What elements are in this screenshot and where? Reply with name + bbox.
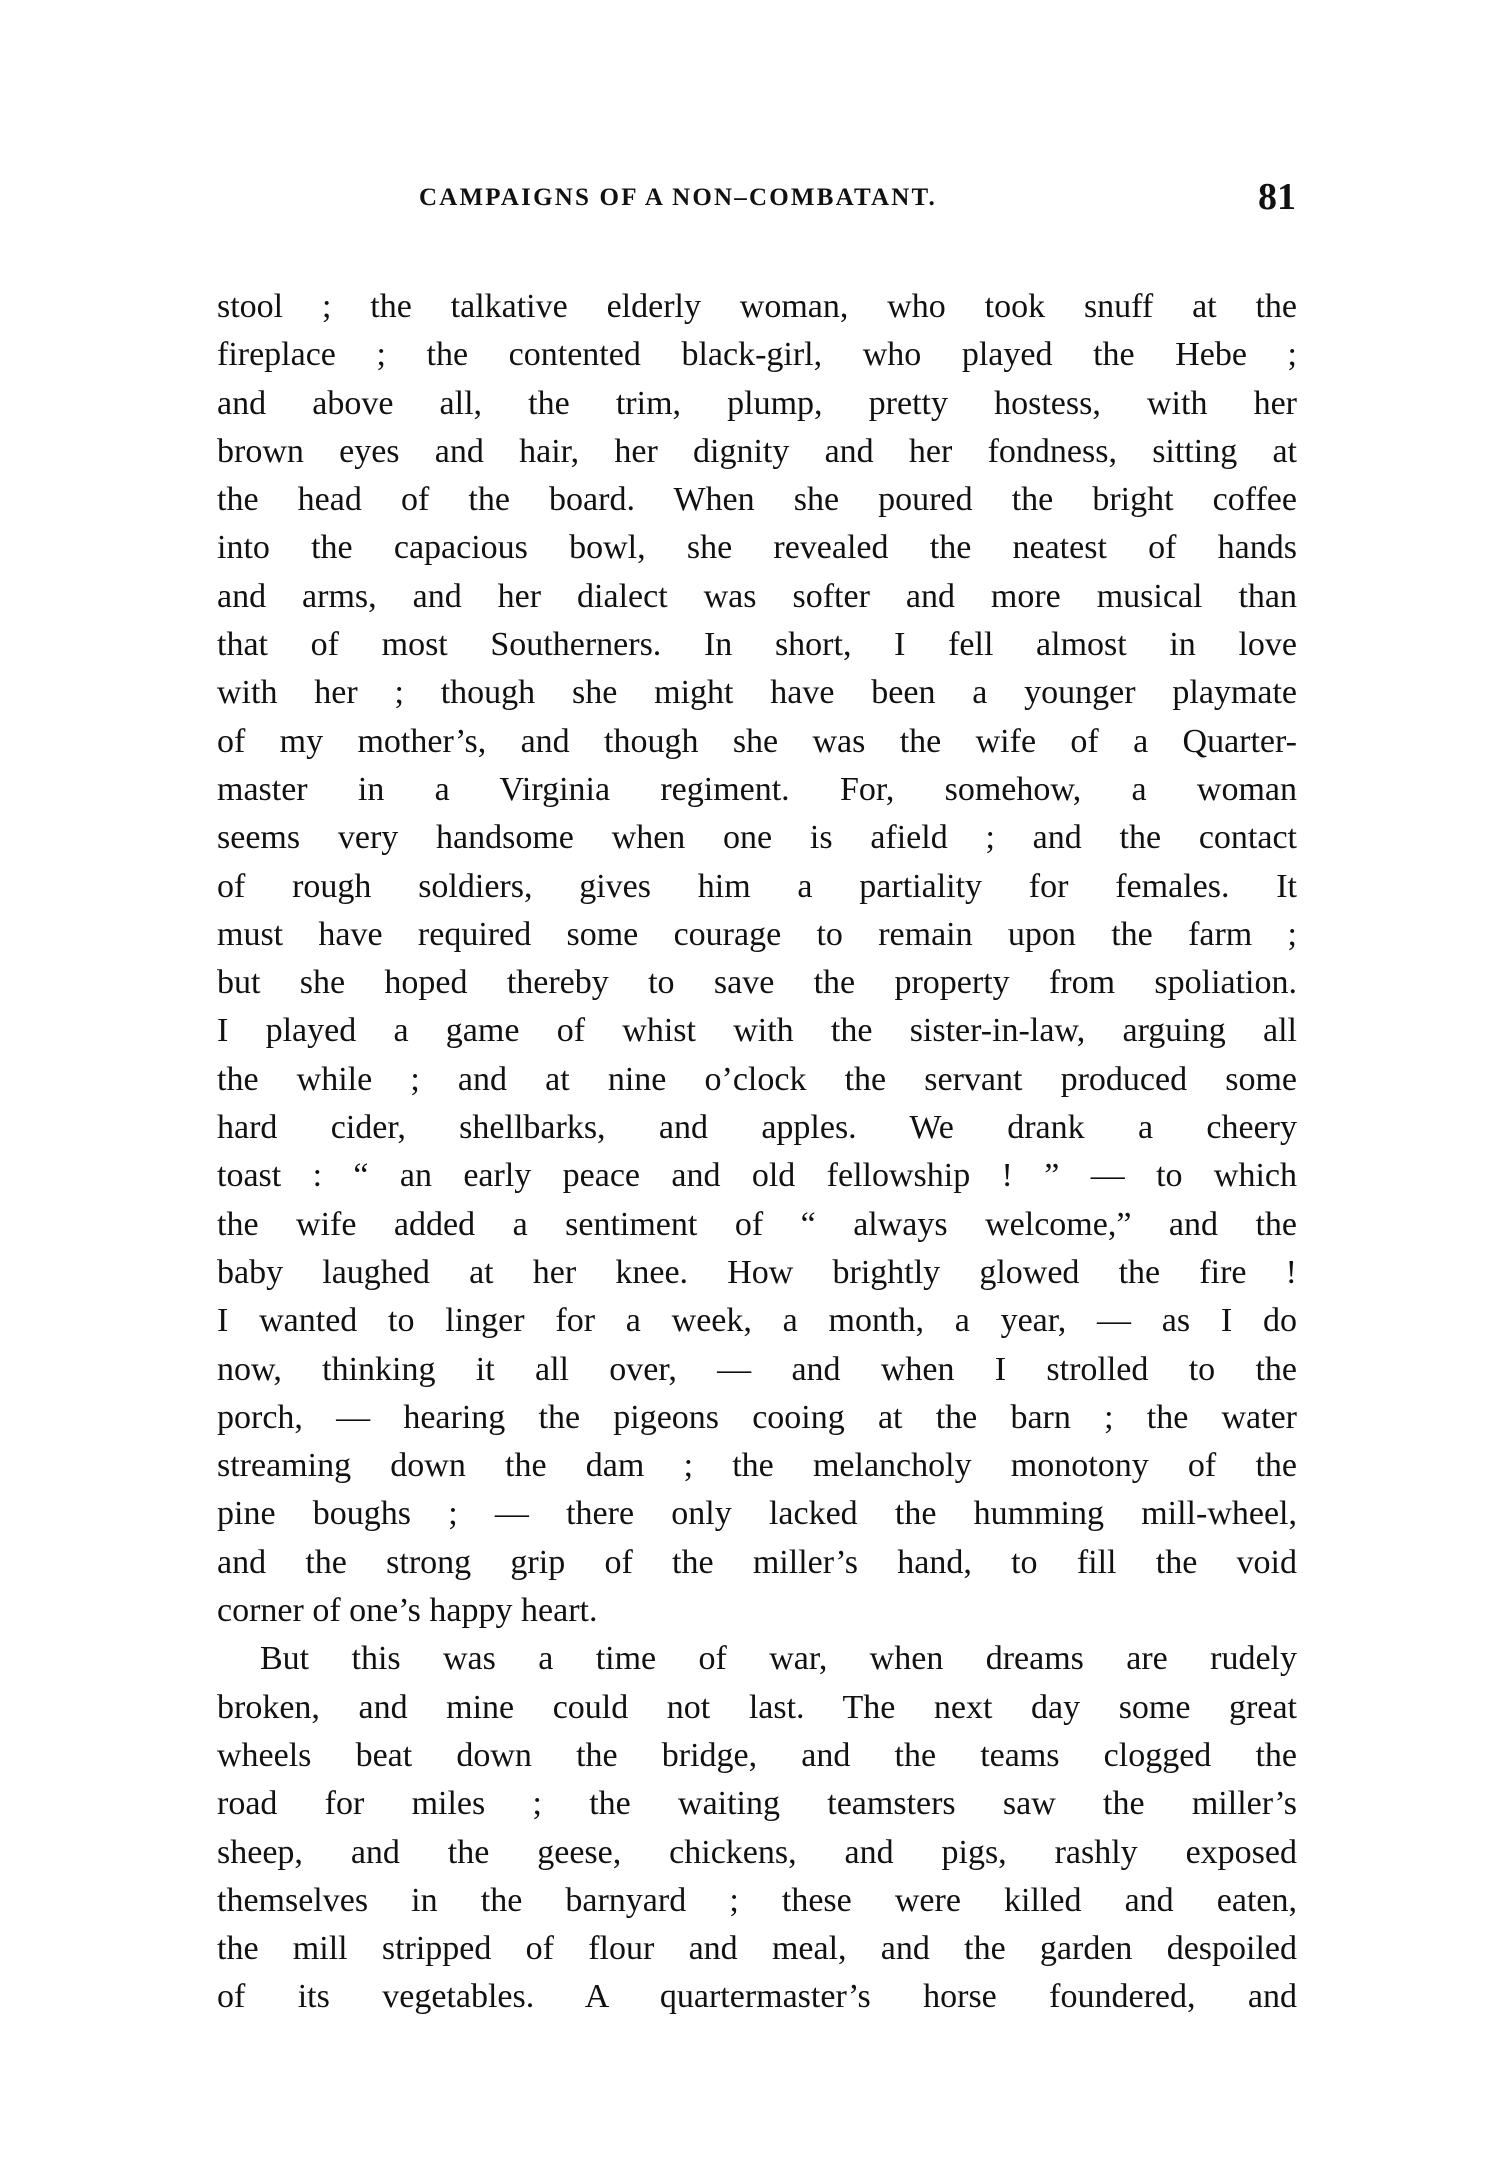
text-line: sheep, and the geese, chickens, and pigs… [217, 1829, 1297, 1877]
text-line: into the capacious bowl, she revealed th… [217, 524, 1297, 572]
text-line: of my mother’s, and though she was the w… [217, 718, 1297, 766]
text-line: the wife added a sentiment of “ always w… [217, 1201, 1297, 1249]
text-line: and arms, and her dialect was softer and… [217, 573, 1297, 621]
text-line-paragraph-end: corner of one’s happy heart. [217, 1587, 1297, 1635]
page-number: 81 [1246, 176, 1296, 218]
text-line: the head of the board. When she poured t… [217, 476, 1297, 524]
text-line: the mill stripped of flour and meal, and… [217, 1925, 1297, 1973]
text-line: brown eyes and hair, her dignity and her… [217, 428, 1297, 476]
text-line: and the strong grip of the miller’s hand… [217, 1539, 1297, 1587]
running-head: CAMPAIGNS OF A NON–COMBATANT. [419, 180, 1083, 216]
text-line: road for miles ; the waiting teamsters s… [217, 1780, 1297, 1828]
text-line: of rough soldiers, gives him a partialit… [217, 863, 1297, 911]
text-line: and above all, the trim, plump, pretty h… [217, 380, 1297, 428]
text-line: master in a Virginia regiment. For, some… [217, 766, 1297, 814]
text-line: stool ; the talkative elderly woman, who… [217, 283, 1297, 331]
text-line: themselves in the barnyard ; these were … [217, 1877, 1297, 1925]
text-line: broken, and mine could not last. The nex… [217, 1684, 1297, 1732]
paragraph-continued: stool ; the talkative elderly woman, who… [217, 283, 1297, 1635]
text-line-paragraph-start: But this was a time of war, when dreams … [217, 1635, 1297, 1683]
text-line: fireplace ; the contented black-girl, wh… [217, 331, 1297, 379]
text-line: that of most Southerners. In short, I fe… [217, 621, 1297, 669]
text-line: with her ; though she might have been a … [217, 669, 1297, 717]
text-line: baby laughed at her knee. How brightly g… [217, 1249, 1297, 1297]
text-line: I played a game of whist with the sister… [217, 1007, 1297, 1055]
text-line: streaming down the dam ; the melancholy … [217, 1442, 1297, 1490]
text-line: the while ; and at nine o’clock the serv… [217, 1056, 1297, 1104]
book-page: CAMPAIGNS OF A NON–COMBATANT. 81 stool ;… [0, 0, 1510, 2180]
text-line: toast : “ an early peace and old fellows… [217, 1152, 1297, 1200]
text-line: now, thinking it all over, — and when I … [217, 1346, 1297, 1394]
text-line: pine boughs ; — there only lacked the hu… [217, 1490, 1297, 1538]
text-line: hard cider, shellbarks, and apples. We d… [217, 1104, 1297, 1152]
text-line: seems very handsome when one is afield ;… [217, 814, 1297, 862]
text-line: porch, — hearing the pigeons cooing at t… [217, 1394, 1297, 1442]
text-line: must have required some courage to remai… [217, 911, 1297, 959]
body-text: stool ; the talkative elderly woman, who… [217, 283, 1297, 2022]
text-line: wheels beat down the bridge, and the tea… [217, 1732, 1297, 1780]
text-line: I wanted to linger for a week, a month, … [217, 1297, 1297, 1345]
paragraph: But this was a time of war, when dreams … [217, 1635, 1297, 2021]
text-line: of its vegetables. A quartermaster’s hor… [217, 1973, 1297, 2021]
text-line: but she hoped thereby to save the proper… [217, 959, 1297, 1007]
